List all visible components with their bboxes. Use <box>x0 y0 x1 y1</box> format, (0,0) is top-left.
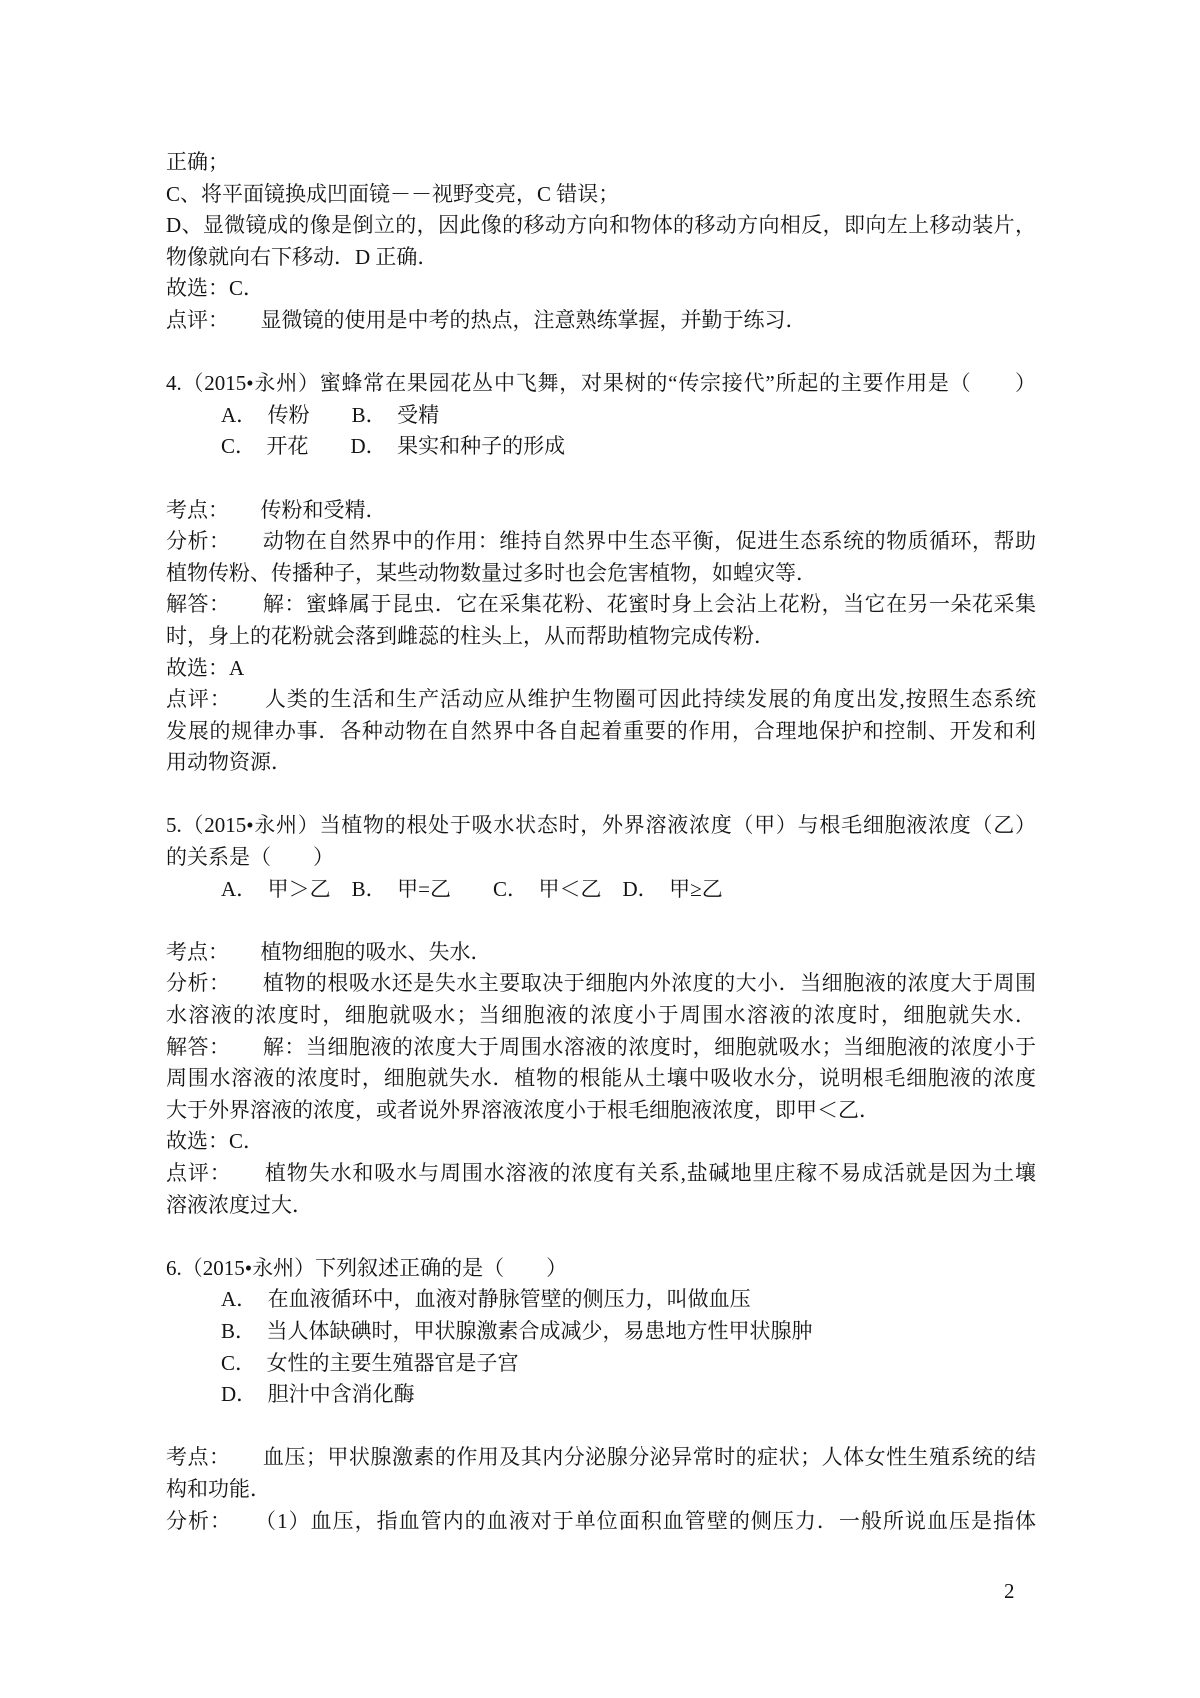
text-line: 正确； <box>166 147 1036 179</box>
text-line: 4.（2015•永州）蜜蜂常在果园花丛中飞舞，对果树的“传宗接代”所起的主要作用… <box>166 368 1036 400</box>
text-line: C、将平面镜换成凹面镜－－视野变亮，C 错误； <box>166 179 1036 211</box>
text-line: D． 胆汁中含消化酶 <box>166 1379 1036 1411</box>
text-line: 6.（2015•永州）下列叙述正确的是（ ） <box>166 1253 1036 1285</box>
text-line: 解答： 解：当细胞液的浓度大于周围水溶液的浓度时，细胞就吸水；当细胞液的浓度小于 <box>166 1032 1036 1064</box>
text-line: 分析： 动物在自然界中的作用：维持自然界中生态平衡，促进生态系统的物质循环，帮助 <box>166 526 1036 558</box>
text-line: 水溶液的浓度时，细胞就吸水；当细胞液的浓度小于周围水溶液的浓度时，细胞就失水． <box>166 1000 1036 1032</box>
text-line: 的关系是（ ） <box>166 842 1036 874</box>
question-4: 4.（2015•永州）蜜蜂常在果园花丛中飞舞，对果树的“传宗接代”所起的主要作用… <box>166 368 1036 463</box>
text-line: A． 在血液循环中，血液对静脉管壁的侧压力，叫做血压 <box>166 1284 1036 1316</box>
text-line: 周围水溶液的浓度时，细胞就失水．植物的根能从土壤中吸收水分，说明根毛细胞液的浓度 <box>166 1063 1036 1095</box>
text-line: 溶液浓度过大． <box>166 1190 1036 1222</box>
question-5: 5.（2015•永州）当植物的根处于吸水状态时，外界溶液浓度（甲）与根毛细胞液浓… <box>166 810 1036 905</box>
text-line: B． 当人体缺碘时，甲状腺激素合成减少，易患地方性甲状腺肿 <box>166 1316 1036 1348</box>
text-line: 考点： 植物细胞的吸水、失水． <box>166 937 1036 969</box>
document-content: 正确；C、将平面镜换成凹面镜－－视野变亮，C 错误；D、显微镜成的像是倒立的，因… <box>166 147 1036 1569</box>
question-6: 6.（2015•永州）下列叙述正确的是（ ）A． 在血液循环中，血液对静脉管壁的… <box>166 1253 1036 1411</box>
text-line: A． 传粉 B． 受精 <box>166 400 1036 432</box>
text-line: A． 甲＞乙 B． 甲=乙 C． 甲＜乙 D． 甲≥乙 <box>166 874 1036 906</box>
text-line: 解答： 解：蜜蜂属于昆虫．它在采集花粉、花蜜时身上会沾上花粉，当它在另一朵花采集 <box>166 589 1036 621</box>
text-line: 分析： （1）血压，指血管内的血液对于单位面积血管壁的侧压力．一般所说血压是指体 <box>166 1506 1036 1538</box>
text-line: 构和功能． <box>166 1474 1036 1506</box>
question-3-answer-tail: 正确；C、将平面镜换成凹面镜－－视野变亮，C 错误；D、显微镜成的像是倒立的，因… <box>166 147 1036 337</box>
text-line: 植物传粉、传播种子，某些动物数量过多时也会危害植物，如蝗灾等． <box>166 558 1036 590</box>
text-line: 点评： 植物失水和吸水与周围水溶液的浓度有关系,盐碱地里庄稼不易成活就是因为土壤 <box>166 1158 1036 1190</box>
page-number: 2 <box>1004 1578 1015 1604</box>
text-line: 点评： 显微镜的使用是中考的热点，注意熟练掌握，并勤于练习． <box>166 305 1036 337</box>
text-line: 故选：C． <box>166 1126 1036 1158</box>
question-4-analysis: 考点： 传粉和受精．分析： 动物在自然界中的作用：维持自然界中生态平衡，促进生态… <box>166 495 1036 779</box>
question-6-analysis: 考点： 血压；甲状腺激素的作用及其内分泌腺分泌异常时的症状；人体女性生殖系统的结… <box>166 1442 1036 1537</box>
text-line: 点评： 人类的生活和生产活动应从维护生物圈可因此持续发展的角度出发,按照生态系统 <box>166 684 1036 716</box>
question-5-analysis: 考点： 植物细胞的吸水、失水．分析： 植物的根吸水还是失水主要取决于细胞内外浓度… <box>166 937 1036 1221</box>
text-line: 物像就向右下移动．D 正确． <box>166 242 1036 274</box>
text-line: 发展的规律办事．各种动物在自然界中各自起着重要的作用，合理地保护和控制、开发和利 <box>166 716 1036 748</box>
text-line: C． 女性的主要生殖器官是子宫 <box>166 1348 1036 1380</box>
text-line: 故选：C． <box>166 273 1036 305</box>
text-line: 用动物资源． <box>166 747 1036 779</box>
text-line: 大于外界溶液的浓度，或者说外界溶液浓度小于根毛细胞液浓度，即甲＜乙． <box>166 1095 1036 1127</box>
text-line: 5.（2015•永州）当植物的根处于吸水状态时，外界溶液浓度（甲）与根毛细胞液浓… <box>166 810 1036 842</box>
text-line: C． 开花 D． 果实和种子的形成 <box>166 431 1036 463</box>
text-line: 考点： 血压；甲状腺激素的作用及其内分泌腺分泌异常时的症状；人体女性生殖系统的结 <box>166 1442 1036 1474</box>
document-page: 正确；C、将平面镜换成凹面镜－－视野变亮，C 错误；D、显微镜成的像是倒立的，因… <box>0 0 1200 1698</box>
text-line: 考点： 传粉和受精． <box>166 495 1036 527</box>
text-line: D、显微镜成的像是倒立的，因此像的移动方向和物体的移动方向相反，即向左上移动装片… <box>166 210 1036 242</box>
text-line: 故选：A <box>166 653 1036 685</box>
text-line: 时，身上的花粉就会落到雌蕊的柱头上，从而帮助植物完成传粉． <box>166 621 1036 653</box>
text-line: 分析： 植物的根吸水还是失水主要取决于细胞内外浓度的大小．当细胞液的浓度大于周围 <box>166 968 1036 1000</box>
